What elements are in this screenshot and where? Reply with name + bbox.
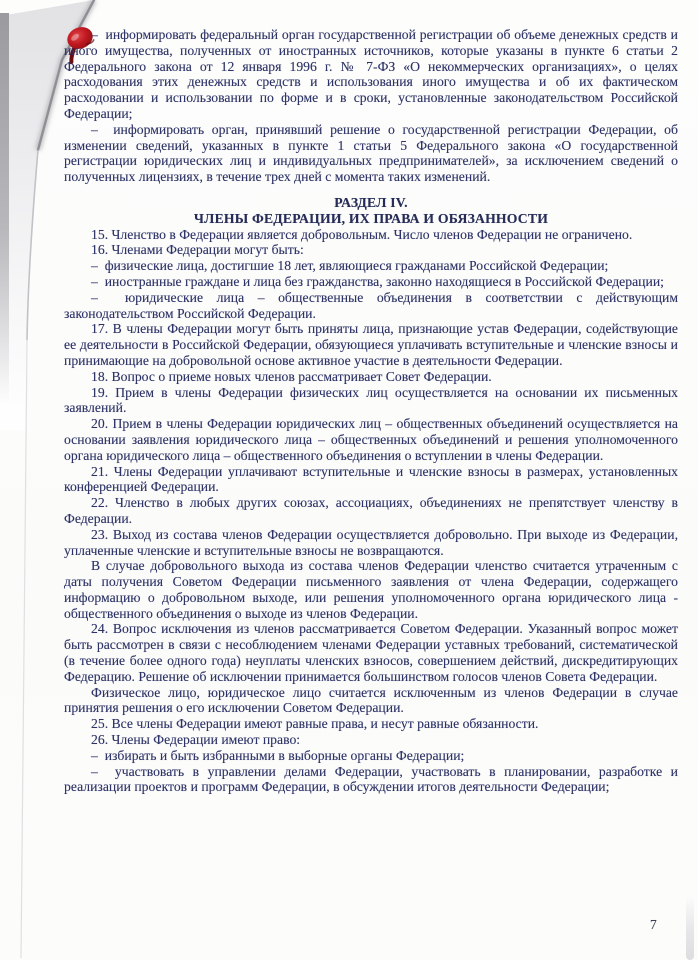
- paragraph-item-24-continued: Физическое лицо, юридическое лицо считае…: [64, 685, 678, 717]
- scanned-page: – информировать федеральный орган госуда…: [0, 0, 698, 960]
- paragraph-item-20: 20. Прием в члены Федерации юридических …: [64, 416, 678, 463]
- right-page-edge: [686, 896, 694, 960]
- paragraph-item-25: 25. Все члены Федерации имеют равные пра…: [64, 716, 678, 732]
- paragraph-item-17: 17. В члены Федерации могут быть приняты…: [64, 321, 678, 368]
- paragraph-item-26: 26. Члены Федерации имеют право:: [64, 732, 678, 748]
- paragraph-item-16: 16. Членами Федерации могут быть:: [64, 242, 678, 258]
- left-edge-shadow: [0, 13, 9, 403]
- document-text: – информировать федеральный орган госуда…: [64, 27, 678, 795]
- paragraph-item-16-bullet-1: – физические лица, достигшие 18 лет, явл…: [64, 258, 678, 274]
- paragraph-item-19: 19. Прием в члены Федерации физических л…: [64, 385, 678, 417]
- paragraph-item-15: 15. Членство в Федерации является добров…: [64, 227, 678, 243]
- page-edge-upper: [27, 150, 38, 340]
- page-number: 7: [650, 917, 657, 933]
- paragraph-item-26-bullet-1: – избирать и быть избранными в выборные …: [64, 748, 678, 764]
- paragraph-item-24: 24. Вопрос исключения из членов рассматр…: [64, 621, 678, 684]
- paragraph-item-23-continued: В случае добровольного выхода из состава…: [64, 558, 678, 621]
- paragraph-item-26-bullet-2: – участвовать в управлении делами Федера…: [64, 764, 678, 796]
- paragraph-item-18: 18. Вопрос о приеме новых членов рассмат…: [64, 369, 678, 385]
- paragraph-item-16-bullet-3: – юридические лица – общественные объеди…: [64, 290, 678, 322]
- paragraph-item-16-bullet-2: – иностранные граждане и лица без гражда…: [64, 274, 678, 290]
- section-heading-title: ЧЛЕНЫ ФЕДЕРАЦИИ, ИХ ПРАВА И ОБЯЗАННОСТИ: [64, 211, 678, 227]
- paragraph-obligation-1: – информировать федеральный орган госуда…: [64, 27, 678, 122]
- section-heading-number: РАЗДЕЛ IV.: [64, 195, 678, 211]
- paragraph-item-21: 21. Члены Федерации уплачивают вступител…: [64, 464, 678, 496]
- paragraph-item-22: 22. Членство в любых других союзах, ассо…: [64, 495, 678, 527]
- paragraph-item-23: 23. Выход из состава членов Федерации ос…: [64, 527, 678, 559]
- page-edge-lower: [21, 340, 27, 958]
- paragraph-obligation-2: – информировать орган, принявший решение…: [64, 122, 678, 185]
